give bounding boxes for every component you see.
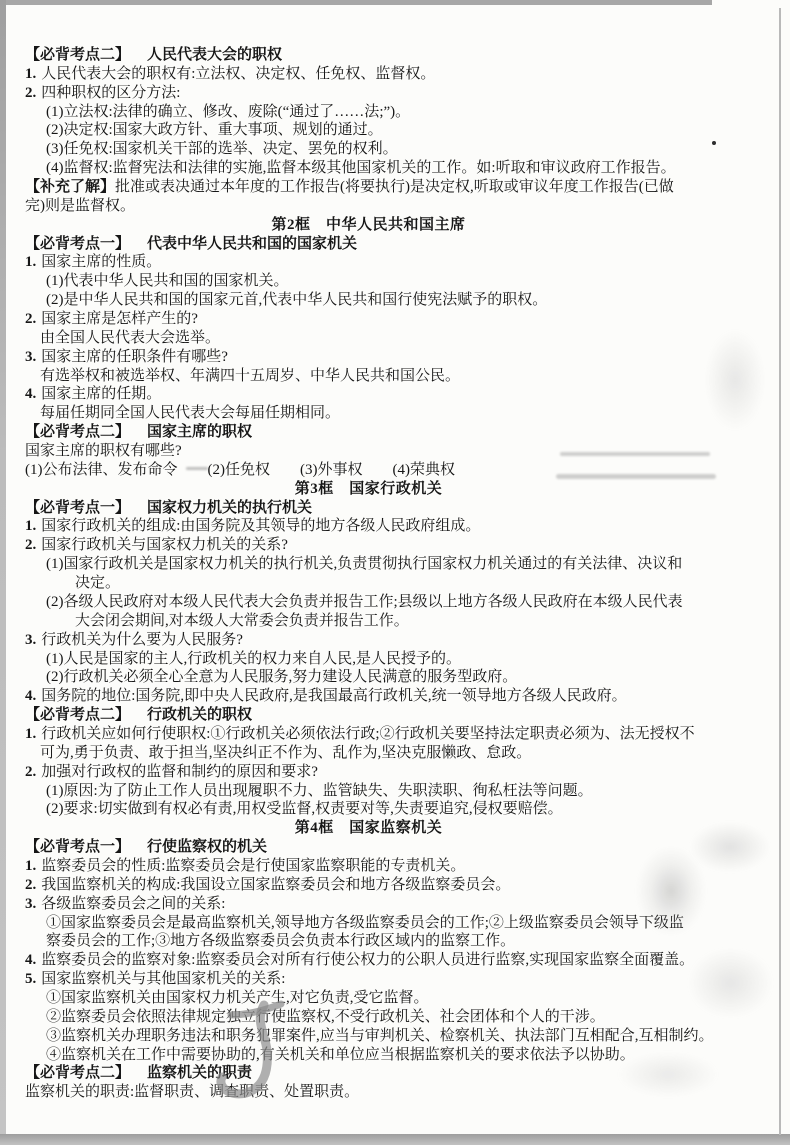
- line-marker: 【必背考点二】: [25, 1065, 130, 1081]
- line-marker: 5.: [25, 971, 36, 987]
- text-line: 5.国家监察机关与其他国家机关的关系:: [25, 970, 770, 989]
- text-line: 由全国人民代表大会选举。: [25, 329, 770, 348]
- text-line: 1.监察委员会的性质:监察委员会是行使国家监察职能的专责机关。: [25, 857, 770, 876]
- line-text: 行使监察权的机关: [147, 839, 267, 855]
- text-line: 第2框 中华人民共和国主席: [25, 216, 770, 235]
- text-line: 1.国家主席的性质。: [25, 253, 770, 272]
- text-line: (2)各级人民政府对本级人民代表大会负责并报告工作;县级以上地方各级人民政府在本…: [25, 593, 770, 612]
- line-marker: 【必背考点一】: [25, 500, 130, 516]
- line-marker: 2.: [25, 764, 36, 780]
- text-line: (1)公布法律、发布命令 (2)任免权 (3)外事权 (4)荣典权: [25, 461, 770, 480]
- text-line: 1.国家行政机关的组成:由国务院及其领导的地方各级人民政府组成。: [25, 517, 770, 536]
- line-text: 人民代表大会的职权: [147, 47, 282, 63]
- text-line: (1)国家行政机关是国家权力机关的执行机关,负责贯彻执行国家权力机关通过的有关法…: [25, 555, 770, 574]
- text-line: (2)要求:切实做到有权必有责,用权受监督,权责要对等,失责要追究,侵权要赔偿。: [25, 800, 770, 819]
- text-line: 4.国家主席的任期。: [25, 385, 770, 404]
- line-text: 人民代表大会的职权有:立法权、决定权、任免权、监督权。: [41, 66, 435, 82]
- line-marker: 1.: [25, 66, 36, 82]
- text-line: 【必背考点一】国家权力机关的执行机关: [25, 499, 770, 518]
- line-text: 行政机关的职权: [147, 707, 252, 723]
- line-marker: 2.: [25, 537, 36, 553]
- text-line: 【必背考点二】人民代表大会的职权: [25, 46, 770, 65]
- text-line: 第4框 国家监察机关: [25, 819, 770, 838]
- line-text: 代表中华人民共和国的国家机关: [147, 236, 357, 252]
- text-line: 【必背考点一】行使监察权的机关: [25, 838, 770, 857]
- line-marker: 1.: [25, 254, 36, 270]
- scan-edge-left: [0, 0, 6, 1145]
- text-line: 【必背考点二】监察机关的职责: [25, 1064, 770, 1083]
- line-text: 国家主席是怎样产生的?: [41, 311, 198, 327]
- text-line: 国家主席的职权有哪些?: [25, 442, 770, 461]
- line-text: 批准或表决通过本年度的工作报告(将要执行)是决定权,听取或审议年度工作报告(已做: [115, 179, 674, 195]
- text-line: 4.国务院的地位:国务院,即中央人民政府,是我国最高行政机关,统一领导地方各级人…: [25, 687, 770, 706]
- line-marker: 4.: [25, 688, 36, 704]
- text-line: 每届任期同全国人民代表大会每届任期相同。: [25, 404, 770, 423]
- line-text: 监察委员会的性质:监察委员会是行使国家监察职能的专责机关。: [41, 858, 465, 874]
- text-line: 大会闭会期间,对本级人大常委会负责并报告工作。: [25, 612, 770, 631]
- line-text: 监察委员会的监察对象:监察委员会对所有行使公权力的公职人员进行监察,实现国家监察…: [41, 952, 694, 968]
- line-text: 各级监察委员会之间的关系:: [41, 896, 225, 912]
- text-line: 【必背考点一】代表中华人民共和国的国家机关: [25, 235, 770, 254]
- line-marker: 【补充了解】: [25, 179, 115, 195]
- text-line: 4.监察委员会的监察对象:监察委员会对所有行使公权力的公职人员进行监察,实现国家…: [25, 951, 770, 970]
- line-text: 国家主席的性质。: [41, 254, 161, 270]
- line-text: 国务院的地位:国务院,即中央人民政府,是我国最高行政机关,统一领导地方各级人民政…: [41, 688, 626, 704]
- line-marker: 4.: [25, 386, 36, 402]
- text-line: (1)代表中华人民共和国的国家机关。: [25, 272, 770, 291]
- text-line: (1)原因:为了防止工作人员出现履职不力、监管缺失、失职渎职、徇私枉法等问题。: [25, 782, 770, 801]
- line-text: 行政机关应如何行使职权:①行政机关必须依法行政;②行政机关要坚持法定职责必须为、…: [41, 726, 694, 742]
- scan-edge-top: [0, 0, 712, 5]
- scanned-textbook-page: 【必背考点二】人民代表大会的职权1.人民代表大会的职权有:立法权、决定权、任免权…: [0, 0, 790, 1145]
- text-line: 2.国家行政机关与国家权力机关的关系?: [25, 536, 770, 555]
- text-line: ①国家监察委员会是最高监察机关,领导地方各级监察委员会的工作;②上级监察委员会领…: [25, 914, 770, 933]
- line-text: 国家主席的任期。: [41, 386, 161, 402]
- line-text: 四种职权的区分方法:: [41, 85, 180, 101]
- text-line: 2.我国监察机关的构成:我国设立国家监察委员会和地方各级监察委员会。: [25, 876, 770, 895]
- line-text: 国家权力机关的执行机关: [147, 500, 312, 516]
- line-marker: 【必背考点二】: [25, 424, 130, 440]
- line-text: 监察机关的职责: [147, 1065, 252, 1081]
- line-marker: 2.: [25, 85, 36, 101]
- scan-edge-right-line: [779, 8, 781, 1135]
- text-line: 3.各级监察委员会之间的关系:: [25, 895, 770, 914]
- text-line: 3.行政机关为什么要为人民服务?: [25, 631, 770, 650]
- text-line: (1)人民是国家的主人,行政机关的权力来自人民,是人民授予的。: [25, 650, 770, 669]
- line-marker: 1.: [25, 518, 36, 534]
- line-text: 国家行政机关与国家权力机关的关系?: [41, 537, 288, 553]
- line-text: 行政机关为什么要为人民服务?: [41, 632, 243, 648]
- line-marker: 1.: [25, 858, 36, 874]
- text-line: 有选举权和被选举权、年满四十五周岁、中华人民共和国公民。: [25, 367, 770, 386]
- line-text: 加强对行政权的监督和制约的原因和要求?: [41, 764, 318, 780]
- text-line: 2.加强对行政权的监督和制约的原因和要求?: [25, 763, 770, 782]
- line-marker: 3.: [25, 632, 36, 648]
- text-line: 完)则是监督权。: [25, 197, 770, 216]
- line-text: 国家主席的职权: [147, 424, 252, 440]
- line-marker: 4.: [25, 952, 36, 968]
- text-line: 1.人民代表大会的职权有:立法权、决定权、任免权、监督权。: [25, 65, 770, 84]
- text-line: ①国家监察机关由国家权力机关产生,对它负责,受它监督。: [25, 989, 770, 1008]
- line-text: 国家行政机关的组成:由国务院及其领导的地方各级人民政府组成。: [41, 518, 480, 534]
- line-marker: 【必背考点二】: [25, 707, 130, 723]
- text-line: 【必背考点二】行政机关的职权: [25, 706, 770, 725]
- line-marker: 【必背考点一】: [25, 839, 130, 855]
- text-line: ②监察委员会依照法律规定独立行使监察权,不受行政机关、社会团体和个人的干涉。: [25, 1008, 770, 1027]
- text-line: 【必背考点二】国家主席的职权: [25, 423, 770, 442]
- text-line: 2.四种职权的区分方法:: [25, 84, 770, 103]
- text-line: (1)立法权:法律的确立、修改、废除(“通过了……法;”)。: [25, 103, 770, 122]
- text-line: (2)决定权:国家大政方针、重大事项、规划的通过。: [25, 121, 770, 140]
- scan-edge-bottom: [0, 1134, 790, 1145]
- text-line: 【补充了解】批准或表决通过本年度的工作报告(将要执行)是决定权,听取或审议年度工…: [25, 178, 770, 197]
- text-line: 第3框 国家行政机关: [25, 480, 770, 499]
- text-line: 1.行政机关应如何行使职权:①行政机关必须依法行政;②行政机关要坚持法定职责必须…: [25, 725, 770, 744]
- line-marker: 1.: [25, 726, 36, 742]
- line-text: 国家主席的任职条件有哪些?: [41, 349, 228, 365]
- text-line: 察委员会的工作;③地方各级监察委员会负责本行政区域内的监察工作。: [25, 932, 770, 951]
- text-line: 决定。: [25, 574, 770, 593]
- page-text: 【必背考点二】人民代表大会的职权1.人民代表大会的职权有:立法权、决定权、任免权…: [25, 46, 770, 1102]
- line-text: 我国监察机关的构成:我国设立国家监察委员会和地方各级监察委员会。: [41, 877, 510, 893]
- line-marker: 3.: [25, 349, 36, 365]
- text-line: (2)是中华人民共和国的国家元首,代表中华人民共和国行使宪法赋予的职权。: [25, 291, 770, 310]
- text-line: (4)监督权:监督宪法和法律的实施,监督本级其他国家机关的工作。如:听取和审议政…: [25, 159, 770, 178]
- line-marker: 2.: [25, 311, 36, 327]
- text-line: 监察机关的职责:监督职责、调查职责、处置职责。: [25, 1083, 770, 1102]
- text-line: 2.国家主席是怎样产生的?: [25, 310, 770, 329]
- line-marker: 3.: [25, 896, 36, 912]
- text-line: 3.国家主席的任职条件有哪些?: [25, 348, 770, 367]
- text-line: ③监察机关办理职务违法和职务犯罪案件,应当与审判机关、检察机关、执法部门互相配合…: [25, 1027, 770, 1046]
- ink-speck: [712, 141, 716, 145]
- text-line: ④监察机关在工作中需要协助的,有关机关和单位应当根据监察机关的要求依法予以协助。: [25, 1046, 770, 1065]
- text-line: 可为,勇于负责、敢于担当,坚决纠正不作为、乱作为,坚决克服懒政、怠政。: [25, 744, 770, 763]
- text-line: (3)任免权:国家机关干部的选举、决定、罢免的权利。: [25, 140, 770, 159]
- line-marker: 【必背考点二】: [25, 47, 130, 63]
- line-marker: 【必背考点一】: [25, 236, 130, 252]
- text-line: (2)行政机关必须全心全意为人民服务,努力建设人民满意的服务型政府。: [25, 668, 770, 687]
- line-text: 国家监察机关与其他国家机关的关系:: [41, 971, 285, 987]
- line-marker: 2.: [25, 877, 36, 893]
